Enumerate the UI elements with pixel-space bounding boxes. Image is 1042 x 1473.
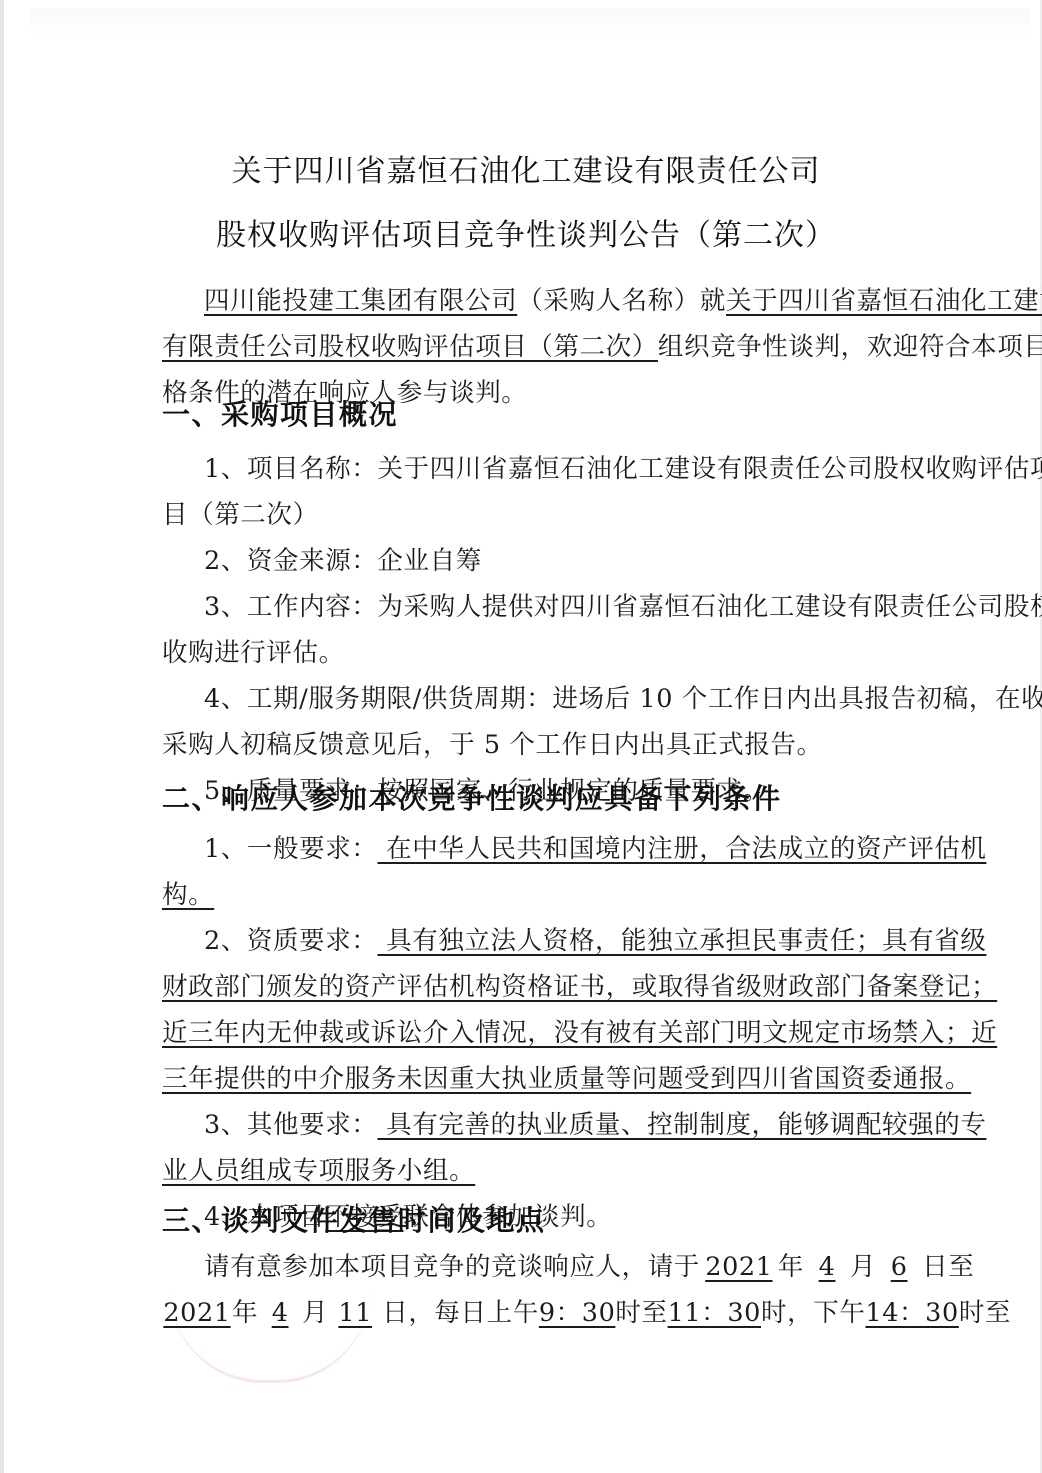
purchaser-name: 四川能投建工集团有限公司: [204, 286, 517, 316]
am-start-time: 9：30: [539, 1298, 616, 1328]
section3-heading: 三、谈判文件发售时间及地点: [162, 1198, 546, 1244]
start-day: 6: [876, 1244, 922, 1290]
item1-line2: 目（第二次）: [162, 492, 890, 538]
general-req-line1: 1、一般要求： 在中华人民共和国境内注册，合法成立的资产评估机: [162, 826, 890, 872]
sale-time-line2: 2021年4月11日，每日上午9：30时至11：30时，下午14：30时至: [162, 1290, 890, 1336]
end-year: 2021: [162, 1290, 232, 1336]
qualification-req-line3: 近三年内无仲裁或诉讼介入情况，没有被有关部门明文规定市场禁入；近: [162, 1010, 890, 1056]
end-day: 11: [328, 1290, 382, 1336]
pm-start-time: 14：30: [865, 1298, 958, 1328]
document-title-line2: 股权收购评估项目竞争性谈判公告（第二次）: [162, 210, 890, 254]
item3-line1: 3、工作内容：为采购人提供对四川省嘉恒石油化工建设有限责任公司股权: [162, 584, 890, 630]
start-month: 4: [804, 1244, 850, 1290]
qualification-req-line2: 财政部门颁发的资产评估机构资格证书，或取得省级财政部门备案登记；: [162, 964, 890, 1010]
item4-line1: 4、工期/服务期限/供货周期：进场后 10 个工作日内出具报告初稿，在收到: [162, 676, 890, 722]
document-title-line1: 关于四川省嘉恒石油化工建设有限责任公司: [162, 146, 890, 190]
sale-time-line1: 请有意参加本项目竞争的竞谈响应人，请于2021年4月6日至: [162, 1244, 890, 1290]
item1-line1: 1、项目名称：关于四川省嘉恒石油化工建设有限责任公司股权收购评估项: [162, 446, 890, 492]
qualification-req-line1: 2、资质要求： 具有独立法人资格，能独立承担民事责任；具有省级: [162, 918, 890, 964]
am-end-time: 11：30: [668, 1298, 761, 1328]
end-month: 4: [258, 1290, 302, 1336]
general-req-line2: 构。: [162, 872, 890, 918]
item4-line2: 采购人初稿反馈意见后，于 5 个工作日内出具正式报告。: [162, 722, 890, 768]
qualification-req-line4: 三年提供的中介服务未因重大执业质量等问题受到四川省国资委通报。: [162, 1056, 890, 1102]
section1-heading: 一、采购项目概况: [162, 392, 398, 438]
item3-line2: 收购进行评估。: [162, 630, 890, 676]
item2-line1: 2、资金来源：企业自筹: [162, 538, 890, 584]
intro-line1: 四川能投建工集团有限公司（采购人名称）就关于四川省嘉恒石油化工建设: [162, 278, 890, 324]
scan-page-edge-left: [0, 0, 4, 1473]
other-req-line1: 3、其他要求： 具有完善的执业质量、控制制度，能够调配较强的专: [162, 1102, 890, 1148]
project-name-link: 关于四川省嘉恒石油化工建设: [726, 286, 1042, 316]
start-year: 2021: [700, 1244, 778, 1290]
section2-heading: 二、响应人参加本次竞争性谈判应具备下列条件: [162, 776, 782, 822]
scan-bleed-through: [30, 8, 1030, 38]
intro-line2: 有限责任公司股权收购评估项目（第二次）组织竞争性谈判，欢迎符合本项目资: [162, 324, 890, 370]
other-req-line2: 业人员组成专项服务小组。: [162, 1148, 890, 1194]
project-name-continued: 有限责任公司股权收购评估项目（第二次）: [162, 332, 658, 362]
